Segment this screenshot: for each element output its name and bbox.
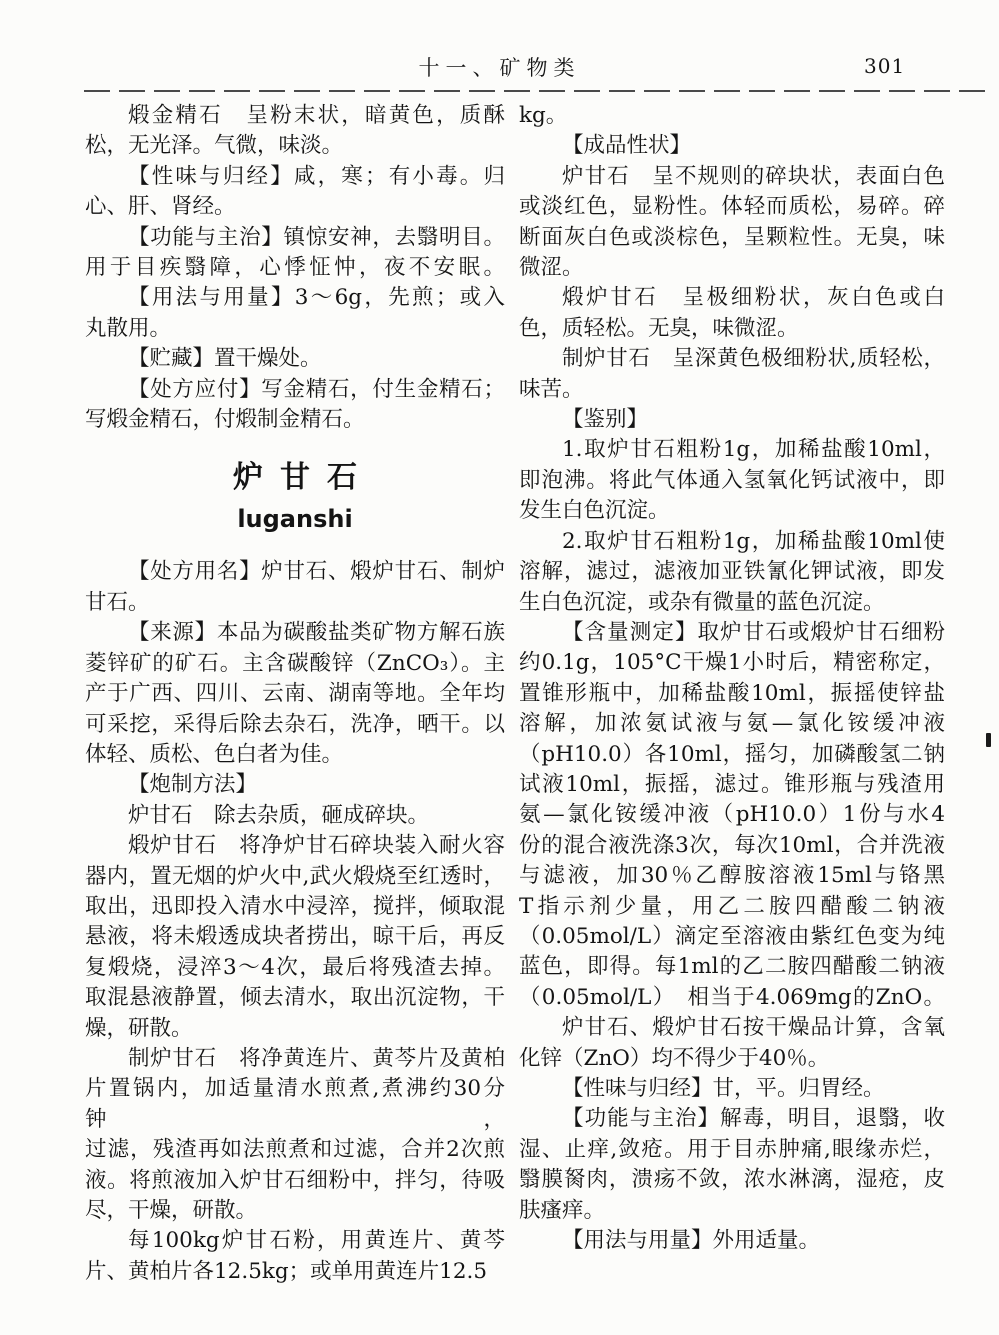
text-line: 【性味与归经】咸，寒；有小毒。归 — [85, 162, 505, 192]
text-line: （0.05mol/L） 相当于4.069mg的ZnO。 — [519, 983, 945, 1013]
text-line: 制炉甘石 呈深黄色极细粉状,质轻松， — [519, 344, 945, 374]
text-line: 或淡红色，显粉性。体轻而质松，易碎。碎 — [519, 192, 945, 222]
text-line: 2.取炉甘石粗粉1g，加稀盐酸10ml使 — [519, 527, 945, 557]
text-line: 写煅金精石，付煅制金精石。 — [85, 405, 505, 435]
text-line: 置锥形瓶中，加稀盐酸10ml，振摇使锌盐 — [519, 679, 945, 709]
left-column-bottom-lines: 【处方用名】炉甘石、煅炉甘石、制炉甘石。【来源】本品为碳酸盐类矿物方解石族菱锌矿… — [85, 557, 505, 1287]
right-column-lines: kg。【成品性状】炉甘石 呈不规则的碎块状，表面白色或淡红色，显粉性。体轻而质松… — [519, 101, 945, 1256]
text-line: 产于广西、四川、云南、湖南等地。全年均 — [85, 679, 505, 709]
text-line: 约0.1g，105°C干燥1小时后，精密称定， — [519, 648, 945, 678]
text-line: 煅金精石 呈粉末状，暗黄色，质酥 — [85, 101, 505, 131]
text-line: 炉甘石、煅炉甘石按干燥品计算，含氧 — [519, 1013, 945, 1043]
text-line: 体轻、质松、色白者为佳。 — [85, 740, 505, 770]
text-line: 用于目疾翳障，心悸怔忡，夜不安眠。 — [85, 253, 505, 283]
page-number: 301 — [864, 54, 905, 78]
text-line: kg。 — [519, 101, 945, 131]
text-line: 蓝色，即得。每1ml的乙二胺四醋酸二钠液 — [519, 952, 945, 982]
left-column-top-lines: 煅金精石 呈粉末状，暗黄色，质酥松，无光泽。气微，味淡。【性味与归经】咸，寒；有… — [85, 101, 505, 435]
text-line: 取出，迅即投入清水中浸淬，搅拌，倾取混 — [85, 892, 505, 922]
ink-smudge-artifact — [986, 733, 991, 747]
text-line: 【功能与主治】镇惊安神，去翳明目。 — [85, 223, 505, 253]
text-line: 【用法与用量】外用适量。 — [519, 1226, 945, 1256]
text-line: T指示剂少量，用乙二胺四醋酸二钠液 — [519, 892, 945, 922]
monograph-pinyin: luganshi — [85, 505, 505, 533]
text-line: 【用法与用量】3～6g，先煎；或入 — [85, 283, 505, 313]
text-line: 炉甘石 呈不规则的碎块状，表面白色 — [519, 162, 945, 192]
text-line: 氨—氯化铵缓冲液（pH10.0）1份与水4 — [519, 800, 945, 830]
text-line: 【贮藏】置干燥处。 — [85, 344, 505, 374]
text-line: 松，无光泽。气微，味淡。 — [85, 131, 505, 161]
text-line: 【功能与主治】解毒，明目，退翳，收 — [519, 1104, 945, 1134]
header-divider-rule — [84, 90, 986, 92]
text-line: 1.取炉甘石粗粉1g，加稀盐酸10ml， — [519, 435, 945, 465]
text-line: 即泡沸。将此气体通入氢氧化钙试液中，即 — [519, 466, 945, 496]
right-text-column: kg。【成品性状】炉甘石 呈不规则的碎块状，表面白色或淡红色，显粉性。体轻而质松… — [519, 101, 945, 1256]
text-line: 断面灰白色或淡棕色，呈颗粒性。无臭，味 — [519, 223, 945, 253]
left-text-column: 煅金精石 呈粉末状，暗黄色，质酥松，无光泽。气微，味淡。【性味与归经】咸，寒；有… — [85, 101, 505, 1287]
text-line: 心、肝、肾经。 — [85, 192, 505, 222]
text-line: 复煅烧，浸淬3～4次，最后将残渣去掉。 — [85, 953, 505, 983]
text-line: 【鉴别】 — [519, 405, 945, 435]
text-line: 可采挖，采得后除去杂石，洗净，晒干。以 — [85, 710, 505, 740]
text-line: 片、黄柏片各12.5kg；或单用黄连片12.5 — [85, 1257, 505, 1287]
chapter-title: 十一、矿物类 — [0, 52, 999, 82]
text-line: 与滤液，加30％乙醇胺溶液15ml与铬黑 — [519, 861, 945, 891]
text-line: 【含量测定】取炉甘石或煅炉甘石细粉 — [519, 618, 945, 648]
text-line: 生白色沉淀，或杂有微量的蓝色沉淀。 — [519, 588, 945, 618]
text-line: 微涩。 — [519, 253, 945, 283]
text-line: 溶解，加浓氨试液与氨—氯化铵缓冲液 — [519, 709, 945, 739]
text-line: 炉甘石 除去杂质，砸成碎块。 — [85, 801, 505, 831]
text-line: 尽，干燥，研散。 — [85, 1196, 505, 1226]
text-line: 片置锅内，加适量清水煎煮,煮沸约30分钟， — [85, 1074, 505, 1135]
text-line: 份的混合液洗涤3次，每次10ml，合并洗液 — [519, 831, 945, 861]
text-line: 液。将煎液加入炉甘石细粉中，拌匀，待吸 — [85, 1166, 505, 1196]
text-line: （0.05mol/L）滴定至溶液由紫红色变为纯 — [519, 922, 945, 952]
text-line: 色，质轻松。无臭，味微涩。 — [519, 314, 945, 344]
text-line: 【处方应付】写金精石，付生金精石； — [85, 375, 505, 405]
text-line: 湿、止痒,敛疮。用于目赤肿痛,眼缘赤烂， — [519, 1135, 945, 1165]
text-line: 过滤，残渣再如法煎煮和过滤，合并2次煎 — [85, 1135, 505, 1165]
text-line: 【性味与归经】甘，平。归胃经。 — [519, 1074, 945, 1104]
text-line: 燥，研散。 — [85, 1014, 505, 1044]
text-line: 试液10ml，振摇，滤过。锥形瓶与残渣用 — [519, 770, 945, 800]
text-line: 化锌（ZnO）均不得少于40％。 — [519, 1044, 945, 1074]
text-line: 味苦。 — [519, 375, 945, 405]
text-line: 【处方用名】炉甘石、煅炉甘石、制炉 — [85, 557, 505, 587]
text-line: 每100kg炉甘石粉，用黄连片、黄芩 — [85, 1226, 505, 1256]
text-line: 悬液，将未煅透成块者捞出，晾干后，再反 — [85, 922, 505, 952]
text-line: 【成品性状】 — [519, 131, 945, 161]
text-line: 丸散用。 — [85, 314, 505, 344]
scanned-book-page: 十一、矿物类 301 煅金精石 呈粉末状，暗黄色，质酥松，无光泽。气微，味淡。【… — [0, 0, 999, 1335]
text-line: 制炉甘石 将净黄连片、黄芩片及黄柏 — [85, 1044, 505, 1074]
text-line: 溶解，滤过，滤液加亚铁氰化钾试液，即发 — [519, 557, 945, 587]
text-line: 煅炉甘石 呈极细粉状，灰白色或白 — [519, 283, 945, 313]
text-line: 【来源】本品为碳酸盐类矿物方解石族 — [85, 618, 505, 648]
monograph-title: 炉甘石 — [85, 460, 505, 496]
text-line: 翳膜胬肉，溃疡不敛，浓水淋漓，湿疮，皮 — [519, 1165, 945, 1195]
text-line: 发生白色沉淀。 — [519, 496, 945, 526]
text-line: 器内，置无烟的炉火中,武火煅烧至红透时， — [85, 862, 505, 892]
text-line: 甘石。 — [85, 588, 505, 618]
text-line: 菱锌矿的矿石。主含碳酸锌（ZnCO₃）。主 — [85, 649, 505, 679]
page-header: 十一、矿物类 301 — [0, 52, 999, 82]
text-line: 取混悬液静置，倾去清水，取出沉淀物，干 — [85, 983, 505, 1013]
text-line: 【炮制方法】 — [85, 770, 505, 800]
text-line: 煅炉甘石 将净炉甘石碎块装入耐火容 — [85, 831, 505, 861]
text-line: （pH10.0）各10ml，摇匀，加磷酸氢二钠 — [519, 740, 945, 770]
text-line: 肤瘙痒。 — [519, 1196, 945, 1226]
